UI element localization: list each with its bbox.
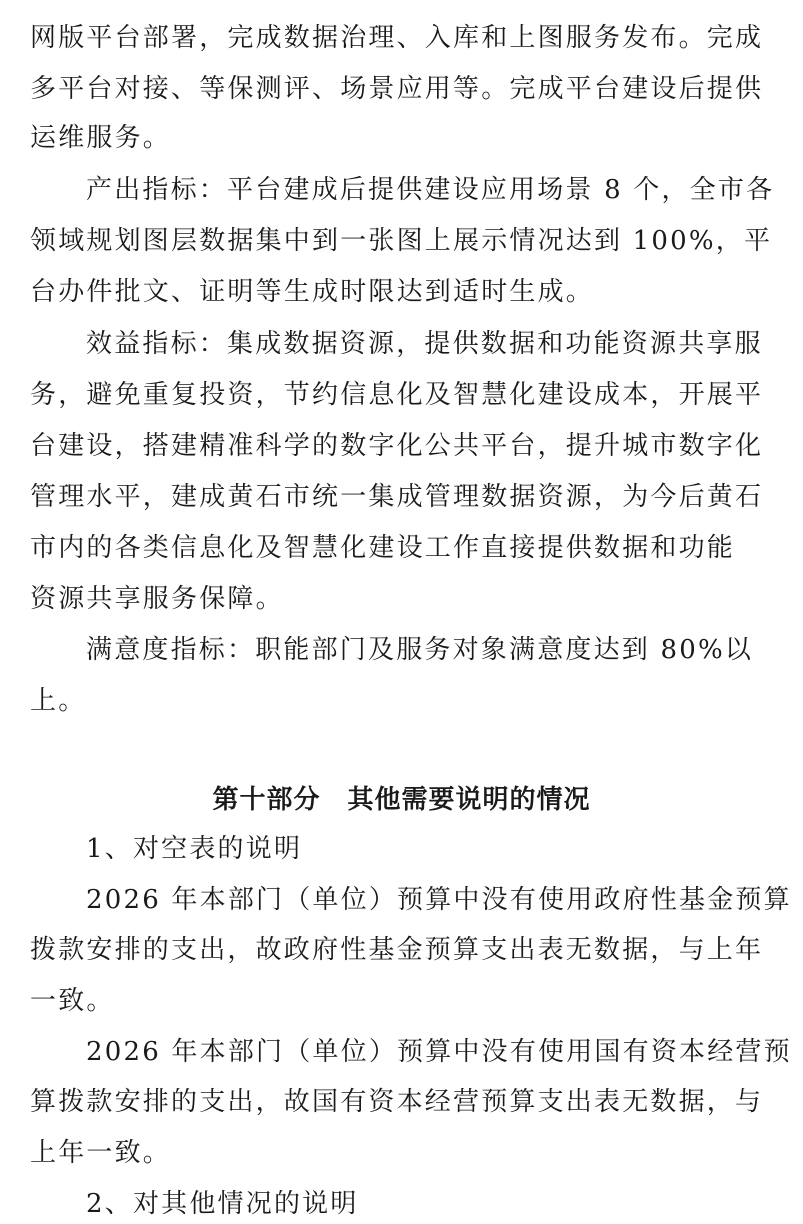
text-line: 多平台对接、等保测评、场景应用等。完成平台建设后提供 xyxy=(30,72,763,106)
item1-para2-line: 上年一致。 xyxy=(30,1136,171,1170)
output-indicator-line: 台办件批文、证明等生成时限达到适时生成。 xyxy=(30,275,594,309)
item1-title: 1、对空表的说明 xyxy=(86,832,302,866)
satisfaction-indicator-line: 满意度指标：职能部门及服务对象满意度达到 80%以 xyxy=(86,633,753,667)
benefit-indicator-line: 管理水平，建成黄石市统一集成管理数据资源，为今后黄石 xyxy=(30,480,763,514)
item2-title: 2、对其他情况的说明 xyxy=(86,1187,359,1221)
benefit-indicator-line: 台建设，搭建精准科学的数字化公共平台，提升城市数字化 xyxy=(30,429,763,463)
item1-para1-line: 一致。 xyxy=(30,984,115,1018)
item1-para1-line: 拨款安排的支出，故政府性基金预算支出表无数据，与上年 xyxy=(30,933,763,967)
text-line: 运维服务。 xyxy=(30,121,171,155)
text-line: 网版平台部署，完成数据治理、入库和上图服务发布。完成 xyxy=(30,21,763,55)
benefit-indicator-line: 市内的各类信息化及智慧化建设工作直接提供数据和功能 xyxy=(30,531,735,565)
item1-para2-line: 算拨款安排的支出，故国有资本经营预算支出表无数据，与 xyxy=(30,1085,763,1119)
item1-para2-line: 2026 年本部门（单位）预算中没有使用国有资本经营预 xyxy=(86,1035,792,1069)
section-heading: 第十部分 其他需要说明的情况 xyxy=(0,783,803,817)
benefit-indicator-line: 效益指标：集成数据资源，提供数据和功能资源共享服 xyxy=(86,327,763,361)
item1-para1-line: 2026 年本部门（单位）预算中没有使用政府性基金预算 xyxy=(86,883,792,917)
output-indicator-line: 领域规划图层数据集中到一张图上展示情况达到 100%，平 xyxy=(30,224,772,258)
output-indicator-line: 产出指标：平台建成后提供建设应用场景 8 个，全市各 xyxy=(86,173,774,207)
benefit-indicator-line: 资源共享服务保障。 xyxy=(30,582,284,616)
benefit-indicator-line: 务，避免重复投资，节约信息化及智慧化建设成本，开展平 xyxy=(30,378,763,412)
satisfaction-indicator-line: 上。 xyxy=(30,684,86,718)
